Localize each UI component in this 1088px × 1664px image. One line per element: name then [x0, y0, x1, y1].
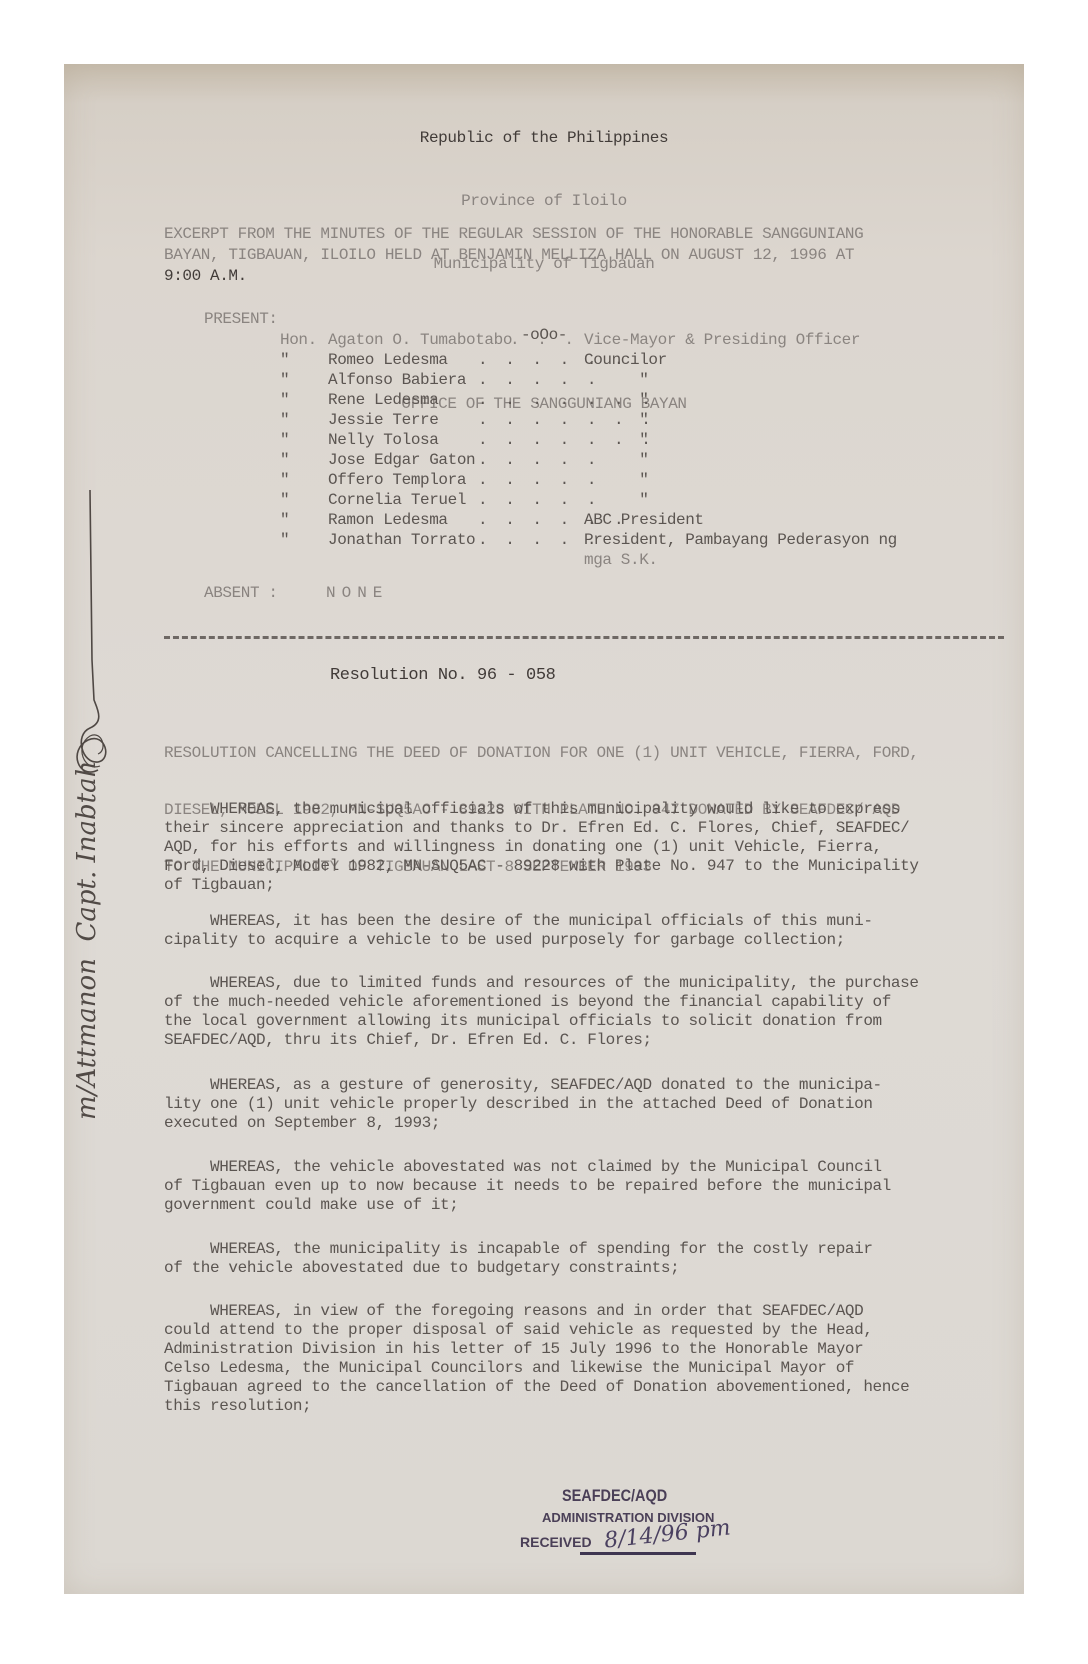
whereas-line: of Tigbauan; [164, 876, 919, 895]
attendee-leader-dots: . . . . . [478, 490, 578, 510]
attendee-row: "Ramon Ledesma. . . . . .ABC President [280, 510, 704, 530]
attendee-position: " [578, 450, 648, 470]
header-republic: Republic of the Philippines [64, 128, 1024, 149]
resolution-title-line: RESOLUTION CANCELLING THE DEED OF DONATI… [164, 744, 919, 763]
absent-label: ABSENT : [204, 584, 278, 602]
attendee-row: Hon.Agaton O. Tumabotabo. . .Vice-Mayor … [280, 330, 860, 350]
whereas-line: cipality to acquire a vehicle to be used… [164, 931, 873, 950]
stamp-org: SEAFDEC/AQD [562, 1486, 667, 1506]
excerpt-line: BAYAN, TIGBAUAN, ILOILO HELD AT BENJAMIN… [164, 245, 964, 266]
attendee-row: "Jose Edgar Gaton. . . . . " [280, 450, 648, 470]
excerpt-paragraph: EXCERPT FROM THE MINUTES OF THE REGULAR … [164, 224, 964, 287]
attendee-prefix: " [280, 470, 328, 490]
attendee-leader-dots: . . . . . [478, 530, 578, 550]
attendee-name: Jose Edgar Gaton [328, 450, 478, 470]
attendee-prefix: " [280, 350, 328, 370]
stamp-received-label: RECEIVED [520, 1534, 592, 1550]
whereas-line: this resolution; [164, 1397, 909, 1416]
attendee-name: Agaton O. Tumabotabo [328, 330, 478, 350]
whereas-line: WHEREAS, the vehicle abovestated was not… [164, 1158, 891, 1177]
attendee-leader-dots: . . . . . [478, 470, 578, 490]
whereas-line: WHEREAS, the municipality is incapable o… [164, 1240, 873, 1259]
attendee-name: Alfonso Babiera [328, 370, 478, 390]
header-province: Province of Iloilo [64, 191, 1024, 212]
whereas-paragraph: WHEREAS, the municipality is incapable o… [164, 1240, 873, 1278]
attendee-row: "Rene Ledesma. . . . . . . " [280, 390, 648, 410]
attendee-position: " [578, 410, 648, 430]
whereas-paragraph: WHEREAS, due to limited funds and resour… [164, 974, 919, 1050]
stamp-signature-line [580, 1552, 696, 1555]
whereas-paragraph: WHEREAS, in view of the foregoing reason… [164, 1302, 909, 1416]
attendee-name: Nelly Tolosa [328, 430, 478, 450]
whereas-line: of Tigbauan even up to now because it ne… [164, 1177, 891, 1196]
attendee-prefix: " [280, 530, 328, 550]
whereas-line: WHEREAS, due to limited funds and resour… [164, 974, 919, 993]
attendee-name: Cornelia Teruel [328, 490, 478, 510]
attendee-prefix: " [280, 430, 328, 450]
attendee-leader-dots: . . . . . . . [478, 430, 578, 450]
whereas-line: AQD, for his efforts and willingness in … [164, 838, 919, 857]
margin-handwritten-note: m/Attmanon Capt. Inabtah [72, 761, 102, 1120]
excerpt-line: 9:00 A.M. [164, 266, 964, 287]
attendee-position: President, Pambayang Pederasyon ng [578, 530, 897, 550]
whereas-line: WHEREAS, as a gesture of generosity, SEA… [164, 1076, 882, 1095]
attendee-leader-dots: . . . . . . [478, 350, 578, 370]
attendee-prefix: " [280, 450, 328, 470]
whereas-line: SEAFDEC/AQD, thru its Chief, Dr. Efren E… [164, 1031, 919, 1050]
attendee-position: " [578, 390, 648, 410]
attendee-position: " [578, 370, 648, 390]
attendee-position: " [578, 430, 648, 450]
whereas-paragraph: WHEREAS, the vehicle abovestated was not… [164, 1158, 891, 1215]
whereas-line: of the vehicle abovestated due to budget… [164, 1259, 873, 1278]
section-divider [164, 636, 1004, 639]
whereas-line: WHEREAS, it has been the desire of the m… [164, 912, 873, 931]
whereas-line: lity one (1) unit vehicle properly descr… [164, 1095, 882, 1114]
attendee-position: " [578, 470, 648, 490]
whereas-line: Ford, Diesel, Model 1982, MN-SUQ5AC - 89… [164, 857, 919, 876]
whereas-line: of the much-needed vehicle aforementione… [164, 993, 919, 1012]
whereas-line: Celso Ledesma, the Municipal Councilors … [164, 1359, 909, 1378]
whereas-line: the local government allowing its munici… [164, 1012, 919, 1031]
attendee-name: Rene Ledesma [328, 390, 478, 410]
margin-signature-icon [68, 480, 114, 780]
whereas-line: executed on September 8, 1993; [164, 1114, 882, 1133]
attendee-leader-dots: . . . . . . . [478, 410, 578, 430]
attendee-name: Jonathan Torrato [328, 530, 478, 550]
whereas-line: Tigbauan agreed to the cancellation of t… [164, 1378, 909, 1397]
attendee-name: Ramon Ledesma [328, 510, 478, 530]
excerpt-line: EXCERPT FROM THE MINUTES OF THE REGULAR … [164, 224, 964, 245]
attendee-position: " [578, 490, 648, 510]
attendee-prefix: " [280, 490, 328, 510]
attendee-position: Vice-Mayor & Presiding Officer [578, 330, 860, 350]
attendee-row: "Cornelia Teruel. . . . . " [280, 490, 648, 510]
whereas-line: could attend to the proper disposal of s… [164, 1321, 909, 1340]
attendee-position: Councilor [578, 350, 667, 370]
attendee-row: "Jessie Terre. . . . . . . " [280, 410, 648, 430]
attendee-prefix: " [280, 510, 328, 530]
attendee-name: Jessie Terre [328, 410, 478, 430]
attendee-name: Offero Templora [328, 470, 478, 490]
attendee-row: "Alfonso Babiera. . . . . " [280, 370, 648, 390]
attendee-leader-dots: . . . . . . . [478, 390, 578, 410]
attendee-row: "Nelly Tolosa. . . . . . . " [280, 430, 648, 450]
absent-value: NONE [326, 584, 388, 602]
attendee-leader-dots: . . . . . . [478, 510, 578, 530]
attendee-leader-dots: . . . . . [478, 450, 578, 470]
attendee-name: Romeo Ledesma [328, 350, 478, 370]
whereas-line: WHEREAS, in view of the foregoing reason… [164, 1302, 909, 1321]
whereas-line: Administration Division in his letter of… [164, 1340, 909, 1359]
attendee-prefix: " [280, 390, 328, 410]
whereas-paragraph: WHEREAS, it has been the desire of the m… [164, 912, 873, 950]
attendee-prefix: Hon. [280, 330, 328, 350]
whereas-paragraph: WHEREAS, as a gesture of generosity, SEA… [164, 1076, 882, 1133]
whereas-line: government could make use of it; [164, 1196, 891, 1215]
document-page: Republic of the Philippines Province of … [64, 64, 1024, 1594]
resolution-number: Resolution No. 96 - 058 [330, 666, 555, 685]
present-label: PRESENT: [204, 310, 278, 328]
attendee-leader-dots: . . . . . [478, 370, 578, 390]
whereas-line: WHEREAS, the municipal officials of this… [164, 800, 919, 819]
attendee-prefix: " [280, 410, 328, 430]
attendee-position-continued: mga S.K. [584, 550, 658, 570]
attendee-position: ABC President [578, 510, 704, 530]
attendee-row: "Offero Templora. . . . . " [280, 470, 648, 490]
attendee-row: "Romeo Ledesma. . . . . .Councilor [280, 350, 667, 370]
attendee-prefix: " [280, 370, 328, 390]
attendee-row: "Jonathan Torrato. . . . .President, Pam… [280, 530, 897, 550]
whereas-paragraph: WHEREAS, the municipal officials of this… [164, 800, 919, 895]
attendee-leader-dots: . . . [478, 330, 578, 350]
whereas-line: their sincere appreciation and thanks to… [164, 819, 919, 838]
